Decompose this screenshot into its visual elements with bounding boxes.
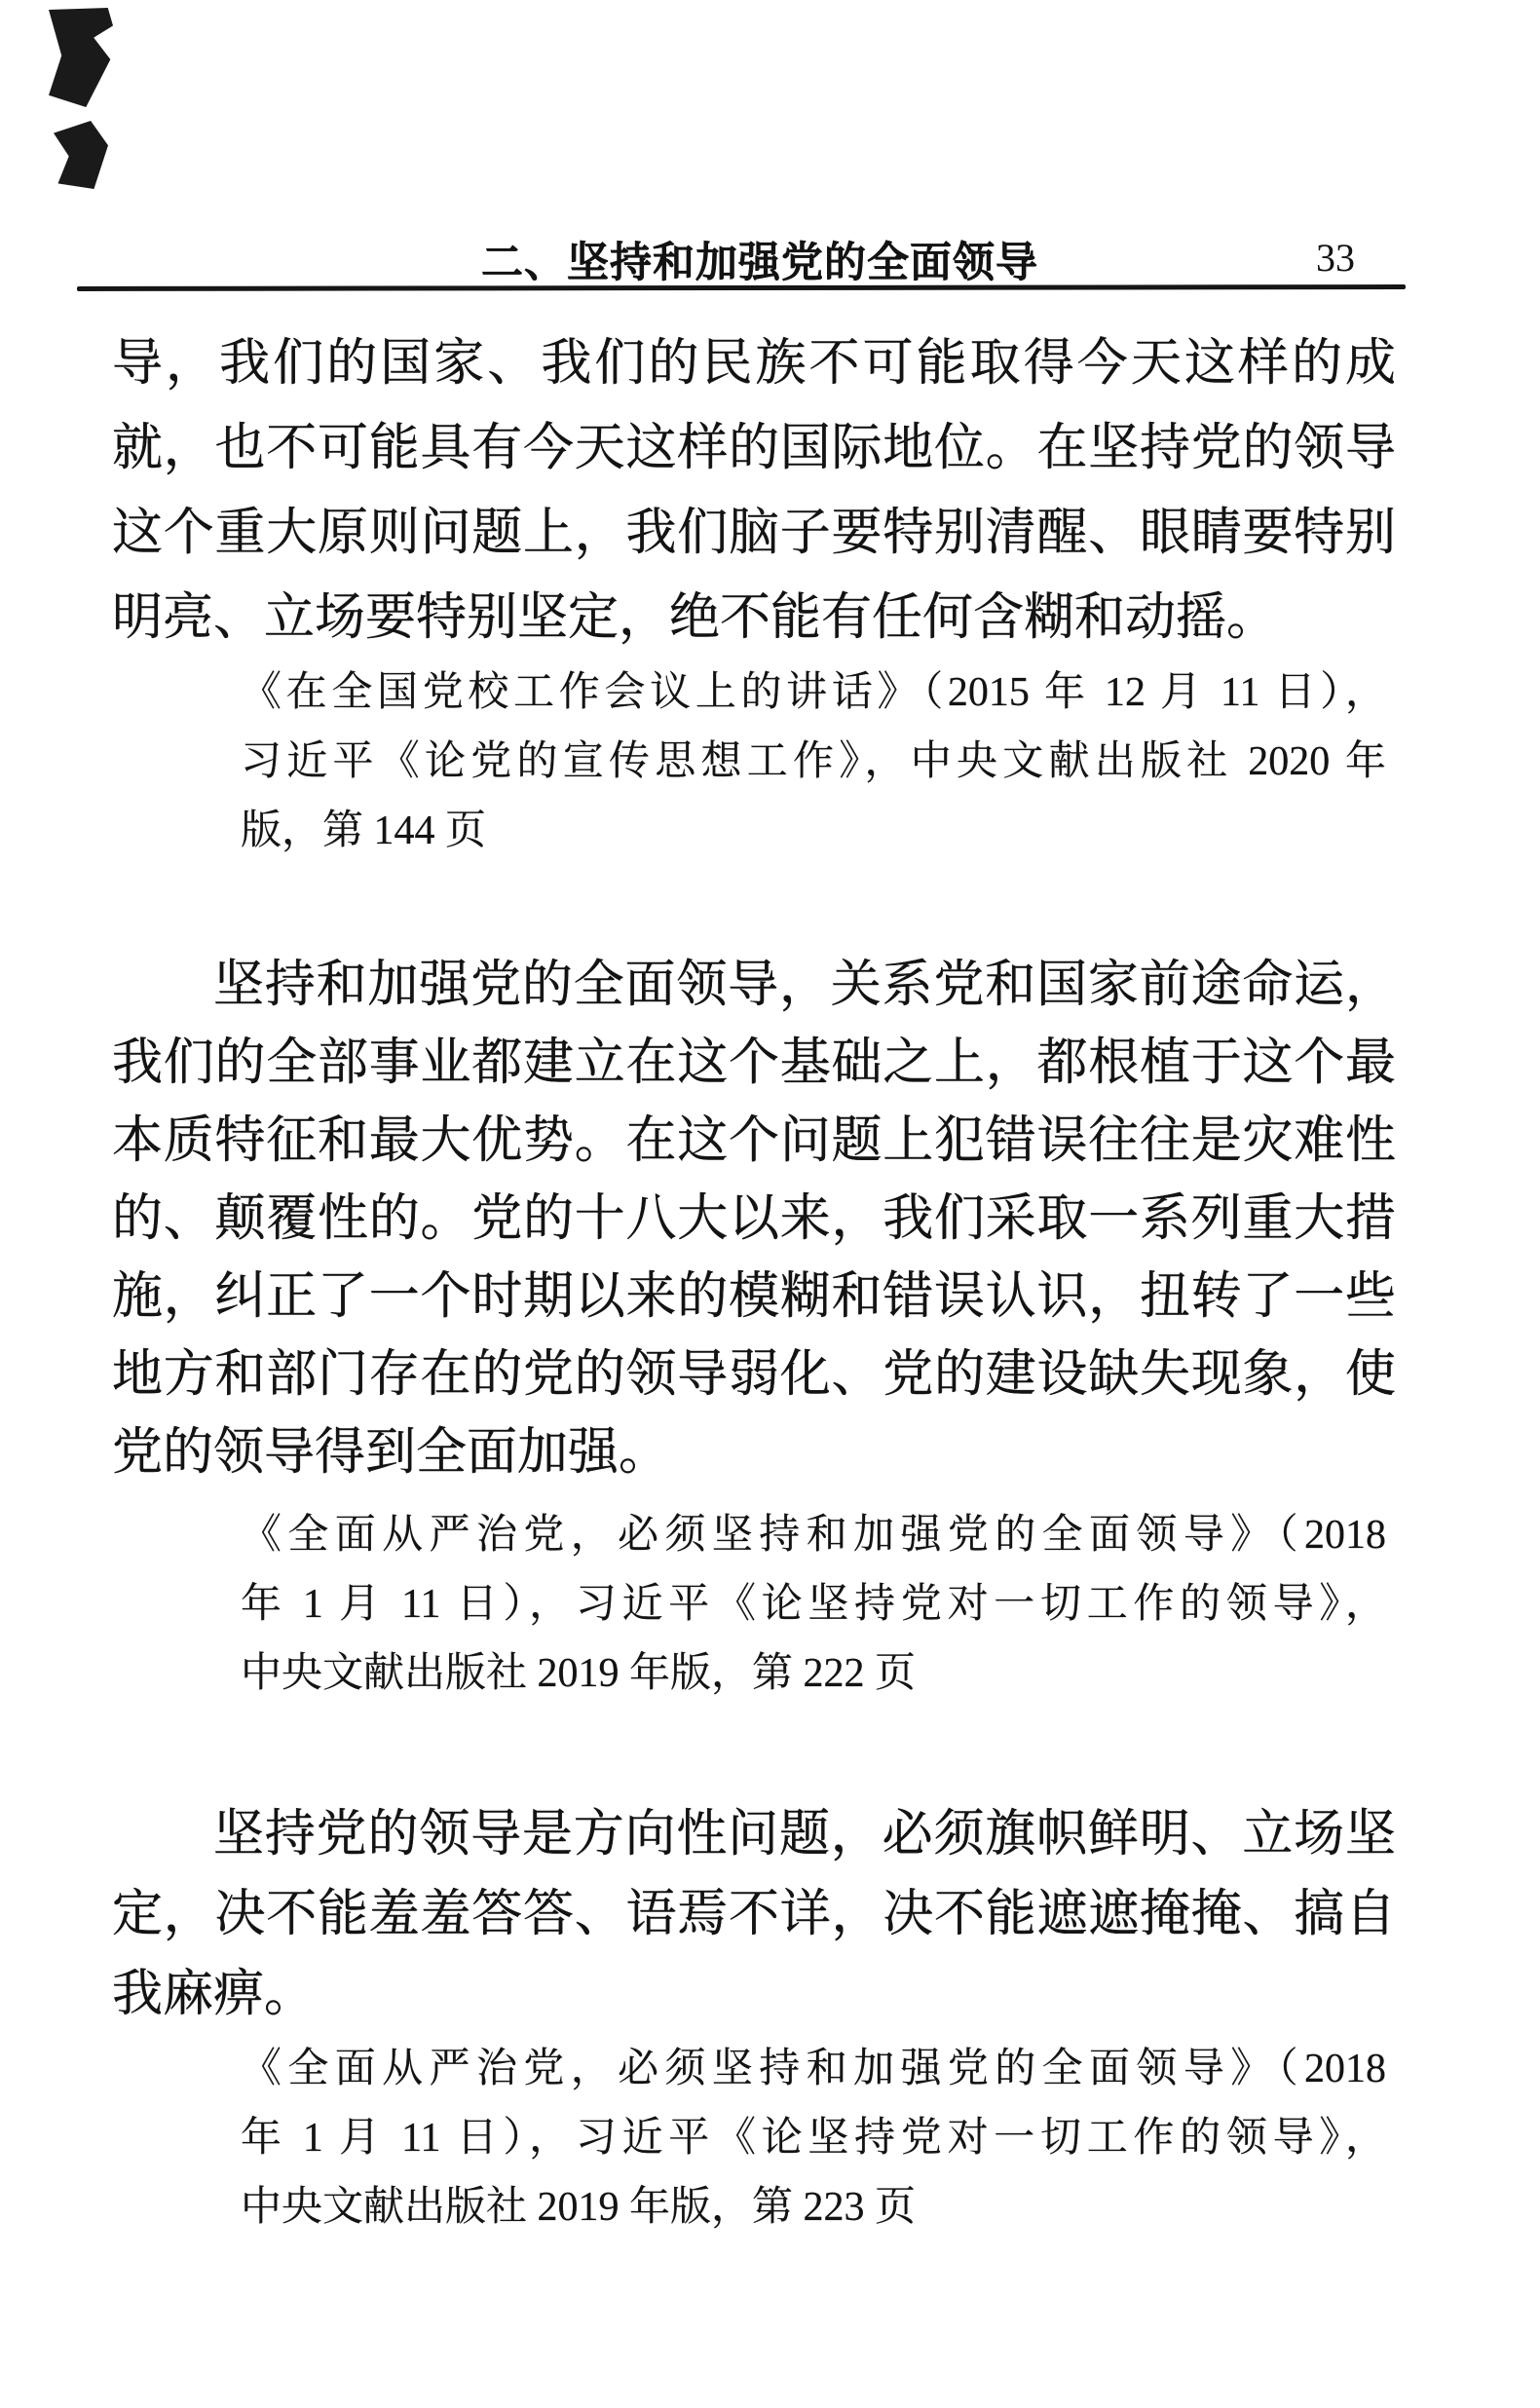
scan-artifact [49, 8, 113, 107]
citation-2: 《全面从严治党，必须坚持和加强党的全面领导》（2018 年 1 月 11 日），… [241, 1501, 1386, 1709]
text-line: 党的领导得到全面加强。 [112, 1414, 1396, 1492]
text-line: 就，也不可能具有今天这样的国际地位。在坚持党的领导 [112, 406, 1396, 491]
citation-line: 年 1 月 11 日），习近平《论坚持党对一切工作的领导》， [241, 1570, 1386, 1639]
scan-artifact [54, 121, 108, 189]
citation-line: 《全面从严治党，必须坚持和加强党的全面领导》（2018 [241, 1501, 1386, 1570]
text-line: 的、颠覆性的。党的十八大以来，我们采取一系列重大措 [112, 1181, 1396, 1259]
page-number: 33 [1316, 235, 1355, 281]
text-line: 本质特征和最大优势。在这个问题上犯错误往往是灾难性 [112, 1103, 1396, 1181]
paragraph-1: 导，我们的国家、我们的民族不可能取得今天这样的成 就，也不可能具有今天这样的国际… [112, 321, 1396, 660]
paragraph-2: 坚持和加强党的全面领导，关系党和国家前途命运， 我们的全部事业都建立在这个基础之… [112, 947, 1396, 1492]
citation-line: 年 1 月 11 日），习近平《论坚持党对一切工作的领导》， [241, 2104, 1386, 2173]
text-line: 我们的全部事业都建立在这个基础之上，都根植于这个最 [112, 1025, 1396, 1103]
citation-3: 《全面从严治党，必须坚持和加强党的全面领导》（2018 年 1 月 11 日），… [241, 2035, 1386, 2242]
text-line: 坚持党的领导是方向性问题，必须旗帜鲜明、立场坚 [112, 1795, 1396, 1875]
text-line: 施，纠正了一个时期以来的模糊和错误认识，扭转了一些 [112, 1259, 1396, 1336]
text-line: 地方和部门存在的党的领导弱化、党的建设缺失现象，使 [112, 1336, 1396, 1414]
citation-line: 习近平《论党的宣传思想工作》，中央文献出版社 2020 年 [241, 728, 1386, 797]
text-line: 明亮、立场要特别坚定，绝不能有任何含糊和动摇。 [112, 576, 1396, 660]
text-line: 我麻痹。 [112, 1955, 1396, 2035]
citation-line: 中央文献出版社 2019 年版，第 222 页 [241, 1639, 1386, 1709]
running-head-title: 二、坚持和加强党的全面领导 [481, 230, 1038, 289]
citation-line: 《在全国党校工作会议上的讲话》（2015 年 12 月 11 日）， [241, 658, 1386, 728]
text-line: 导，我们的国家、我们的民族不可能取得今天这样的成 [112, 321, 1396, 406]
text-line: 这个重大原则问题上，我们脑子要特别清醒、眼睛要特别 [112, 491, 1396, 576]
book-page: 二、坚持和加强党的全面领导 33 导，我们的国家、我们的民族不可能取得今天这样的… [0, 0, 1540, 2408]
citation-line: 中央文献出版社 2019 年版，第 223 页 [241, 2173, 1386, 2242]
text-line: 定，决不能羞羞答答、语焉不详，决不能遮遮掩掩、搞自 [112, 1875, 1396, 1955]
citation-line: 《全面从严治党，必须坚持和加强党的全面领导》（2018 [241, 2035, 1386, 2104]
paragraph-3: 坚持党的领导是方向性问题，必须旗帜鲜明、立场坚 定，决不能羞羞答答、语焉不详，决… [112, 1795, 1396, 2035]
citation-line: 版，第 144 页 [241, 797, 1386, 866]
header-rule [77, 284, 1406, 291]
citation-1: 《在全国党校工作会议上的讲话》（2015 年 12 月 11 日）， 习近平《论… [241, 658, 1386, 866]
text-line: 坚持和加强党的全面领导，关系党和国家前途命运， [112, 947, 1396, 1025]
